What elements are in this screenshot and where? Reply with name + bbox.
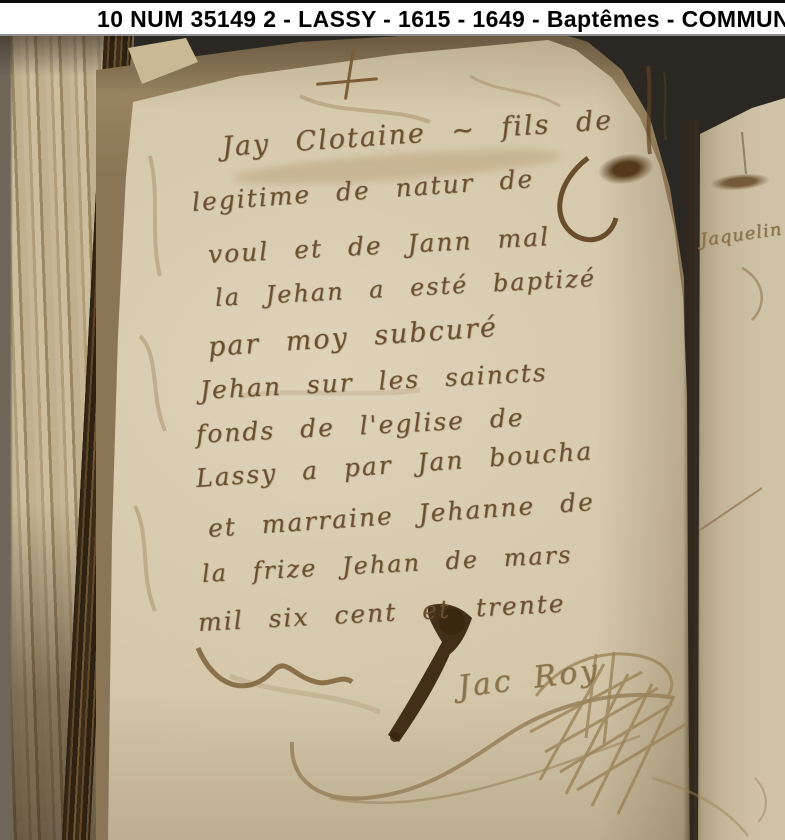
right-page-strokes bbox=[700, 268, 766, 822]
manuscript-photo[interactable]: Jay Clotaine ~ fils de legitime de natur… bbox=[0, 36, 785, 840]
title-bar: 10 NUM 35149 2 - LASSY - 1615 - 1649 - B… bbox=[0, 0, 785, 36]
ink-drip bbox=[742, 132, 746, 174]
letter-flourish bbox=[560, 158, 616, 240]
document-title: 10 NUM 35149 2 - LASSY - 1615 - 1649 - B… bbox=[97, 5, 785, 34]
ink-drip bbox=[664, 72, 666, 140]
ink-drip bbox=[648, 66, 650, 154]
scribbled-word bbox=[198, 648, 352, 686]
